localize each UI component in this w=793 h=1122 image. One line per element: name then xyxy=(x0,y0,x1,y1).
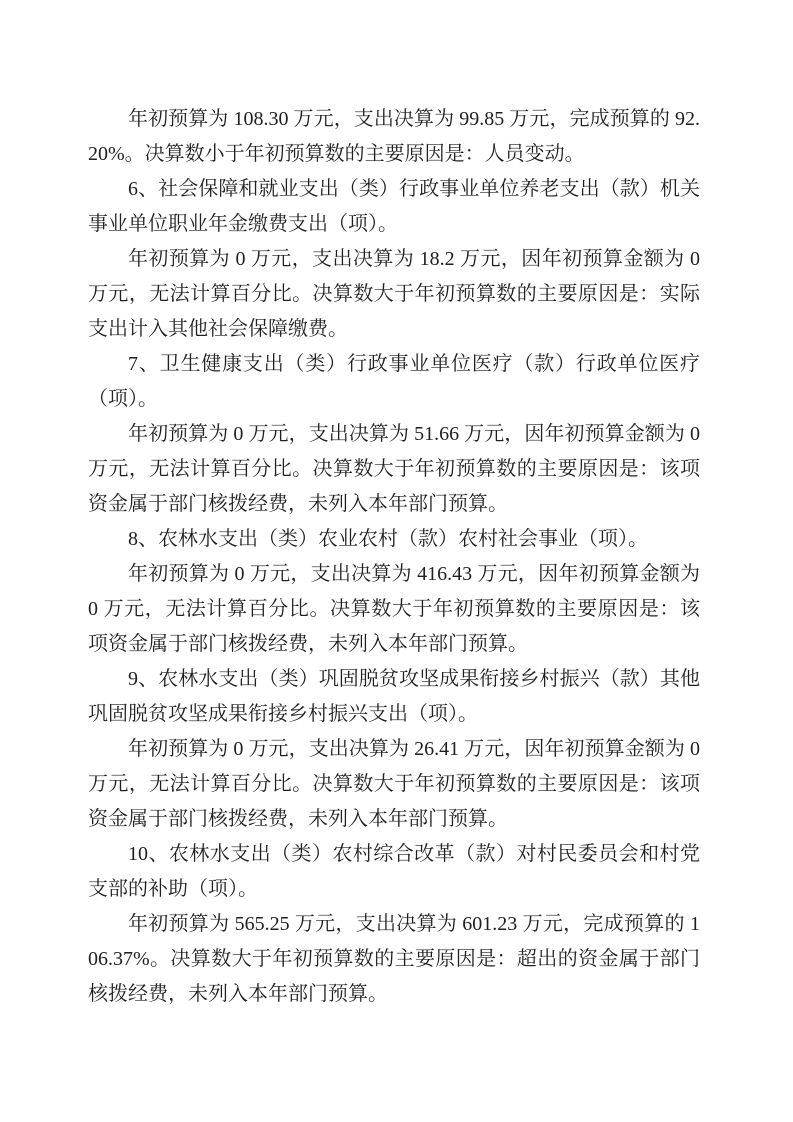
document-page: 年初预算为 108.30 万元，支出决算为 99.85 万元，完成预算的 92.… xyxy=(0,0,793,1122)
paragraph: 年初预算为 565.25 万元，支出决算为 601.23 万元，完成预算的 10… xyxy=(88,907,700,1012)
paragraph: 年初预算为 0 万元，支出决算为 26.41 万元，因年初预算金额为 0 万元，… xyxy=(88,732,700,837)
paragraph: 7、卫生健康支出（类）行政事业单位医疗（款）行政单位医疗（项）。 xyxy=(88,347,700,417)
paragraph: 9、农林水支出（类）巩固脱贫攻坚成果衔接乡村振兴（款）其他巩固脱贫攻坚成果衔接乡… xyxy=(88,662,700,732)
paragraph: 8、农林水支出（类）农业农村（款）农村社会事业（项）。 xyxy=(88,522,700,557)
paragraph: 年初预算为 0 万元，支出决算为 51.66 万元，因年初预算金额为 0 万元，… xyxy=(88,417,700,522)
paragraph: 年初预算为 0 万元，支出决算为 18.2 万元，因年初预算金额为 0 万元，无… xyxy=(88,242,700,347)
paragraph: 年初预算为 108.30 万元，支出决算为 99.85 万元，完成预算的 92.… xyxy=(88,102,700,172)
paragraph: 6、社会保障和就业支出（类）行政事业单位养老支出（款）机关事业单位职业年金缴费支… xyxy=(88,172,700,242)
document-body: 年初预算为 108.30 万元，支出决算为 99.85 万元，完成预算的 92.… xyxy=(88,102,700,1012)
paragraph: 10、农林水支出（类）农村综合改革（款）对村民委员会和村党支部的补助（项）。 xyxy=(88,837,700,907)
paragraph: 年初预算为 0 万元，支出决算为 416.43 万元，因年初预算金额为 0 万元… xyxy=(88,557,700,662)
